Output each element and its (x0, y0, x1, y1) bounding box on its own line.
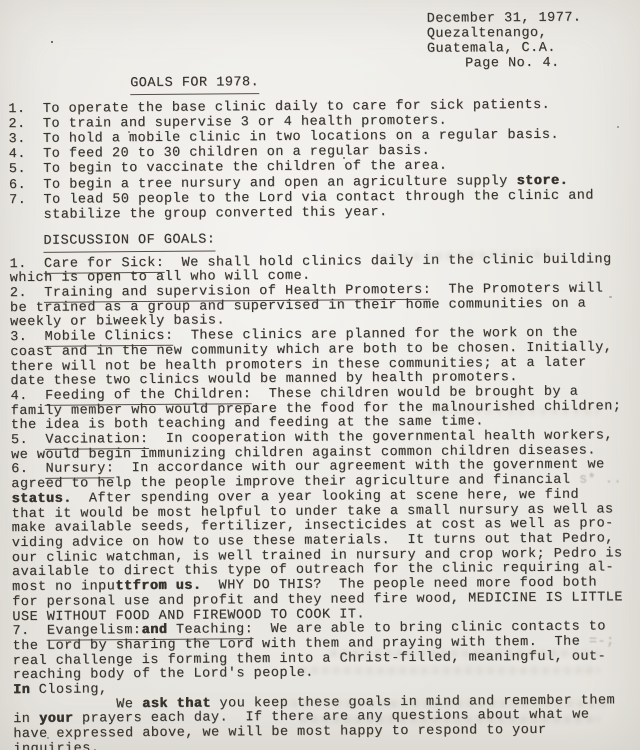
scan-speck (343, 157, 345, 159)
date-line: December 31, 1977. (427, 10, 640, 27)
page-number: Page No. 4. (427, 55, 640, 72)
bleed-through-smudge (430, 408, 600, 415)
country-line: Guatemala, C.A. (427, 40, 640, 57)
scan-speck (51, 41, 53, 43)
scan-speck (617, 126, 619, 128)
document-title: GOALS FOR 1978. (130, 75, 259, 95)
ghost-text: =-; (580, 634, 615, 649)
bleed-through-smudge (330, 650, 600, 657)
bleed-through-smudge (280, 700, 610, 707)
bleed-through-smudge (300, 667, 600, 674)
discussion-body: 1. Care for Sick: We shall hold clinics … (2, 253, 640, 750)
scan-speck (47, 737, 49, 739)
goals-list: 1. To operate the base clinic daily to c… (0, 97, 640, 224)
bleed-through-smudge (300, 716, 600, 723)
city-line: Quezaltenango, (427, 25, 640, 42)
typewritten-content: December 31, 1977. Quezaltenango, Guatem… (0, 0, 640, 750)
discussion-heading: DISCUSSION OF GOALS: (43, 233, 215, 253)
ghost-text: s* .. (570, 472, 622, 487)
scanned-letter-page: December 31, 1977. Quezaltenango, Guatem… (0, 0, 640, 750)
scan-speck (128, 131, 130, 133)
letterhead-block: December 31, 1977. Quezaltenango, Guatem… (0, 10, 640, 75)
scan-speck (609, 296, 612, 298)
